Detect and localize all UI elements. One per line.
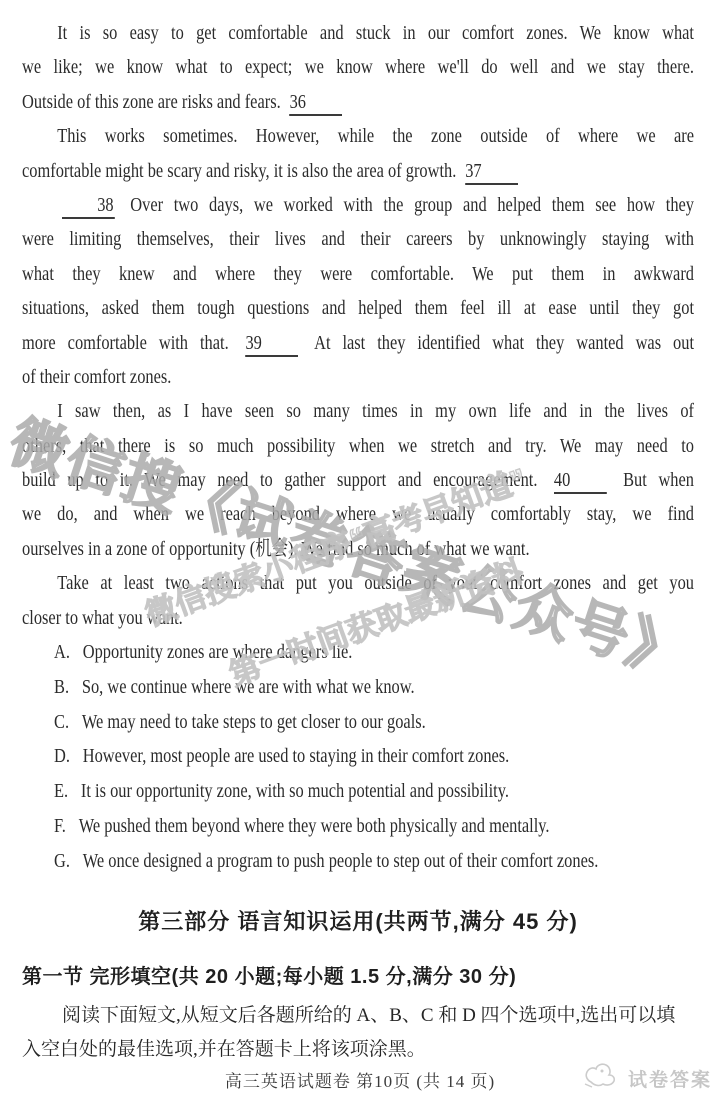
option-label: B.	[54, 670, 69, 705]
passage-line: what they knew and where they were comfo…	[22, 257, 694, 291]
brand-mark: 试卷答案	[583, 1060, 712, 1096]
passage-text: This works sometimes. However, while the…	[57, 125, 694, 147]
blank-36: 36	[290, 90, 343, 116]
passage-paragraph: This works sometimes. However, while the…	[22, 119, 694, 188]
option-text: It is our opportunity zone, with so much…	[81, 780, 509, 802]
passage-text: of their comfort zones.	[22, 366, 171, 388]
passage-line: we like; we know what to expect; we know…	[22, 50, 694, 84]
passage-line: we do, and when we reach beyond where we…	[22, 497, 694, 531]
passage-paragraph: It is so easy to get comfortable and stu…	[22, 16, 694, 119]
option-label: D.	[54, 739, 70, 774]
passage-line: more comfortable with that. 39 At last t…	[22, 326, 694, 360]
option-label: A.	[54, 635, 70, 670]
passage-text: were limiting themselves, their lives an…	[22, 228, 694, 250]
option-D: D.However, most people are used to stayi…	[22, 739, 694, 774]
option-label: C.	[54, 705, 69, 740]
passage-line: of their comfort zones.	[22, 360, 694, 394]
option-E: E.It is our opportunity zone, with so mu…	[22, 774, 694, 809]
passage-text: we like; we know what to expect; we know…	[22, 56, 694, 78]
passage-text: we do, and when we reach beyond where we…	[22, 503, 694, 525]
reading-passage: It is so easy to get comfortable and stu…	[22, 16, 694, 879]
exam-page: It is so easy to get comfortable and stu…	[0, 0, 720, 1106]
part3-heading: 第三部分 语言知识运用(共两节,满分 45 分)	[22, 905, 694, 936]
passage-text: build up to it. We may need to gather su…	[22, 469, 549, 491]
passage-text: closer to what you want.	[22, 607, 183, 629]
passage-text: more comfortable with that.	[22, 332, 241, 354]
passage-text: At last they identified what they wanted…	[303, 332, 694, 354]
passage-line: 38 Over two days, we worked with the gro…	[22, 188, 694, 222]
option-label: F.	[54, 809, 66, 844]
passage-text: what they knew and where they were comfo…	[22, 263, 694, 285]
option-B: B.So, we continue where we are with what…	[22, 670, 694, 705]
passage-text: others, that there is so much possibilit…	[22, 435, 694, 457]
passage-line: comfortable might be scary and risky, it…	[22, 154, 694, 188]
passage-line: This works sometimes. However, while the…	[22, 119, 694, 153]
passage-line: were limiting themselves, their lives an…	[22, 222, 694, 256]
passage-line: Outside of this zone are risks and fears…	[22, 85, 694, 119]
option-text: We pushed them beyond where they were bo…	[79, 815, 550, 837]
blank-37: 37	[465, 159, 518, 185]
passage-text: I saw then, as I have seen so many times…	[57, 400, 694, 422]
chick-logo-icon	[583, 1060, 623, 1096]
passage-text: Outside of this zone are risks and fears…	[22, 91, 285, 113]
passage-paragraph: I saw then, as I have seen so many times…	[22, 394, 694, 566]
blank-38: 38	[62, 193, 115, 219]
option-text: We may need to take steps to get closer …	[82, 711, 426, 733]
option-label: G.	[54, 844, 70, 879]
passage-line: build up to it. We may need to gather su…	[22, 463, 694, 497]
options-list: A.Opportunity zones are where dangers li…	[22, 635, 694, 879]
blank-39: 39	[245, 331, 298, 357]
passage-line: closer to what you want.	[22, 601, 694, 635]
passage-line: ourselves in a zone of opportunity (机会).…	[22, 532, 694, 566]
option-text: So, we continue where we are with what w…	[82, 676, 415, 698]
option-A: A.Opportunity zones are where dangers li…	[22, 635, 694, 670]
passage-paragraph: Take at least two actions that put you o…	[22, 566, 694, 635]
passage-line: others, that there is so much possibilit…	[22, 429, 694, 463]
cloze-instructions: 阅读下面短文,从短文后各题所给的 A、B、C 和 D 四个选项中,选出可以填 入…	[22, 999, 694, 1068]
passage-text: It is so easy to get comfortable and stu…	[57, 22, 694, 44]
passage-text: Over two days, we worked with the group …	[120, 194, 694, 216]
option-label: E.	[54, 774, 68, 809]
passage-text: comfortable might be scary and risky, it…	[22, 160, 460, 182]
passage-text: But when	[611, 469, 694, 491]
passage-text: ourselves in a zone of opportunity (机会).…	[22, 538, 530, 560]
passage-line: I saw then, as I have seen so many times…	[22, 394, 694, 428]
passage-text: situations, asked them tough questions a…	[22, 297, 694, 319]
instruction-line-1: 阅读下面短文,从短文后各题所给的 A、B、C 和 D 四个选项中,选出可以填	[22, 999, 694, 1034]
passage-line: situations, asked them tough questions a…	[22, 291, 694, 325]
option-C: C.We may need to take steps to get close…	[22, 705, 694, 740]
option-G: G.We once designed a program to push peo…	[22, 844, 694, 879]
brand-text: 试卷答案	[628, 1065, 712, 1092]
page-content: It is so easy to get comfortable and stu…	[22, 16, 694, 1068]
section1-heading: 第一节 完形填空(共 20 小题;每小题 1.5 分,满分 30 分)	[22, 960, 694, 989]
blank-40: 40	[554, 468, 607, 494]
option-text: We once designed a program to push peopl…	[83, 850, 599, 872]
option-F: F.We pushed them beyond where they were …	[22, 809, 694, 844]
passage-text: Take at least two actions that put you o…	[57, 572, 694, 594]
passage-line: It is so easy to get comfortable and stu…	[22, 16, 694, 50]
option-text: Opportunity zones are where dangers lie.	[83, 641, 353, 663]
option-text: However, most people are used to staying…	[83, 745, 510, 767]
passage-paragraph: 38 Over two days, we worked with the gro…	[22, 188, 694, 394]
passage-line: Take at least two actions that put you o…	[22, 566, 694, 600]
passage-paragraphs: It is so easy to get comfortable and stu…	[22, 16, 694, 635]
